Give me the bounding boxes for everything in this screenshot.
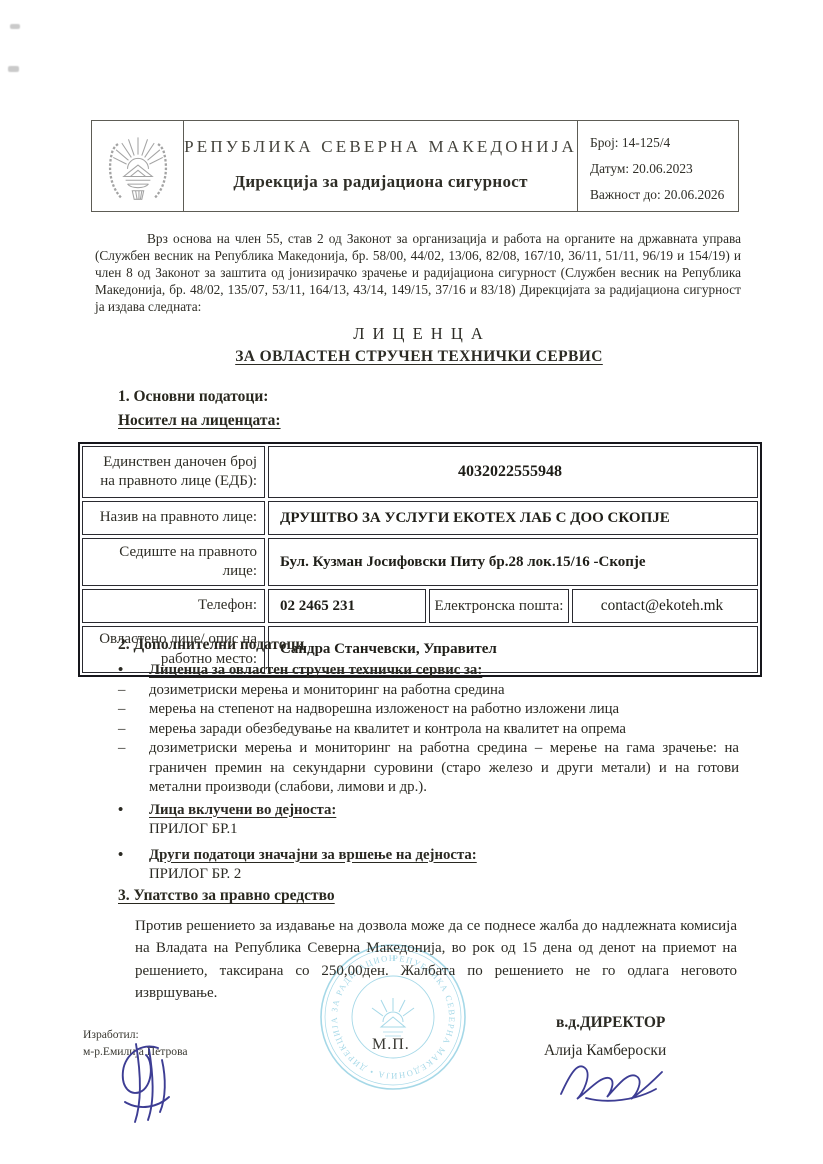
header-titles: РЕПУБЛИКА СЕВЕРНА МАКЕДОНИЈА Дирекција з…	[184, 121, 577, 211]
title-licence: Л И Ц Е Н Ц А	[95, 324, 743, 344]
section1-subheading: Носител на лиценцата:	[118, 412, 281, 430]
table-row: Единствен даночен број на правното лице …	[82, 446, 758, 498]
coat-of-arms-cell	[92, 121, 184, 211]
section1-heading: 1. Основни податоци:	[118, 388, 268, 406]
doc-number: Број: 14-125/4	[590, 130, 734, 156]
seat-label: Седиште на правното лице:	[82, 538, 265, 586]
license-document-page: РЕПУБЛИКА СЕВЕРНА МАКЕДОНИЈА Дирекција з…	[0, 0, 823, 1164]
section3: 3. Упатство за правно средство Против ре…	[118, 886, 737, 1004]
header-meta: Број: 14-125/4 Датум: 20.06.2023 Важност…	[577, 121, 738, 211]
list-item: • Други податоци значајни за вршење на д…	[118, 846, 739, 866]
seat-value: Бул. Кузман Јосифовски Питу бр.28 лок.15…	[268, 538, 758, 586]
scan-speck	[10, 24, 20, 29]
dash-marker: –	[118, 700, 149, 720]
list-item: – дозиметриски мерења и мониторинг на ра…	[118, 739, 739, 798]
email-value: contact@ekoteh.mk	[572, 589, 758, 623]
list-item: – дозиметриски мерења и мониторинг на ра…	[118, 681, 739, 701]
scan-speck	[8, 66, 19, 72]
dash-marker: –	[118, 739, 149, 798]
appeal-paragraph: Против решението за издавање на дозвола …	[135, 915, 737, 1004]
edb-label: Единствен даночен број на правното лице …	[82, 446, 265, 498]
list-item: • Лица вклучени во дејноста:	[118, 801, 739, 821]
bullet-marker: •	[118, 801, 149, 821]
section2-heading: 2. Дополнителни податоци	[118, 635, 739, 655]
directorate-name: Дирекција за радијациона сигурност	[184, 172, 577, 192]
stamp-placeholder-label: М.П.	[372, 1036, 410, 1054]
table-row: Телефон: 02 2465 231 Електронска пошта: …	[82, 589, 758, 623]
table-row: Назив на правното лице: ДРУШТВО ЗА УСЛУГ…	[82, 501, 758, 535]
annex-1: ПРИЛОГ БР.1	[149, 820, 739, 840]
legal-basis-paragraph: Врз основа на член 55, став 2 од Законот…	[95, 230, 741, 315]
north-macedonia-coat-of-arms-icon	[103, 126, 173, 206]
edb-value: 4032022555948	[268, 446, 758, 498]
director-title: в.д.ДИРЕКТОР	[556, 1014, 665, 1032]
section3-heading: 3. Упатство за правно средство	[118, 886, 737, 906]
list-item: ПРИЛОГ БР.1	[118, 820, 739, 840]
company-name-label: Назив на правното лице:	[82, 501, 265, 535]
phone-label: Телефон:	[82, 589, 265, 623]
annex-2: ПРИЛОГ БР. 2	[149, 865, 739, 885]
table-row: Седиште на правното лице: Бул. Кузман Јо…	[82, 538, 758, 586]
doc-valid-until: Важност до: 20.06.2026	[590, 182, 734, 208]
document-header: РЕПУБЛИКА СЕВЕРНА МАКЕДОНИЈА Дирекција з…	[91, 120, 739, 212]
bullet-marker: •	[118, 846, 149, 866]
list-item: • Лиценца за овластен стручен технички с…	[118, 661, 739, 681]
document-title: Л И Ц Е Н Ц А ЗА ОВЛАСТЕН СТРУЧЕН ТЕХНИЧ…	[95, 324, 743, 366]
doc-date: Датум: 20.06.2023	[590, 156, 734, 182]
email-label: Електронска пошта:	[429, 589, 569, 623]
list-item: ПРИЛОГ БР. 2	[118, 865, 739, 885]
company-name-value: ДРУШТВО ЗА УСЛУГИ ЕКОТЕХ ЛАБ С ДОО СКОПЈ…	[268, 501, 758, 535]
director-signature	[556, 1054, 668, 1109]
title-subtitle: ЗА ОВЛАСТЕН СТРУЧЕН ТЕХНИЧКИ СЕРВИС	[95, 348, 743, 366]
dash-marker: –	[118, 720, 149, 740]
republic-name: РЕПУБЛИКА СЕВЕРНА МАКЕДОНИЈА	[184, 137, 577, 157]
list-item: – мерења на степенот на надворешна излож…	[118, 700, 739, 720]
phone-value: 02 2465 231	[268, 589, 426, 623]
dash-marker: –	[118, 681, 149, 701]
list-item: – мерења заради обезбедување на квалитет…	[118, 720, 739, 740]
section2: 2. Дополнителни податоци • Лиценца за ов…	[118, 635, 739, 885]
preparer-signature	[112, 1040, 197, 1128]
bullet-marker: •	[118, 661, 149, 681]
